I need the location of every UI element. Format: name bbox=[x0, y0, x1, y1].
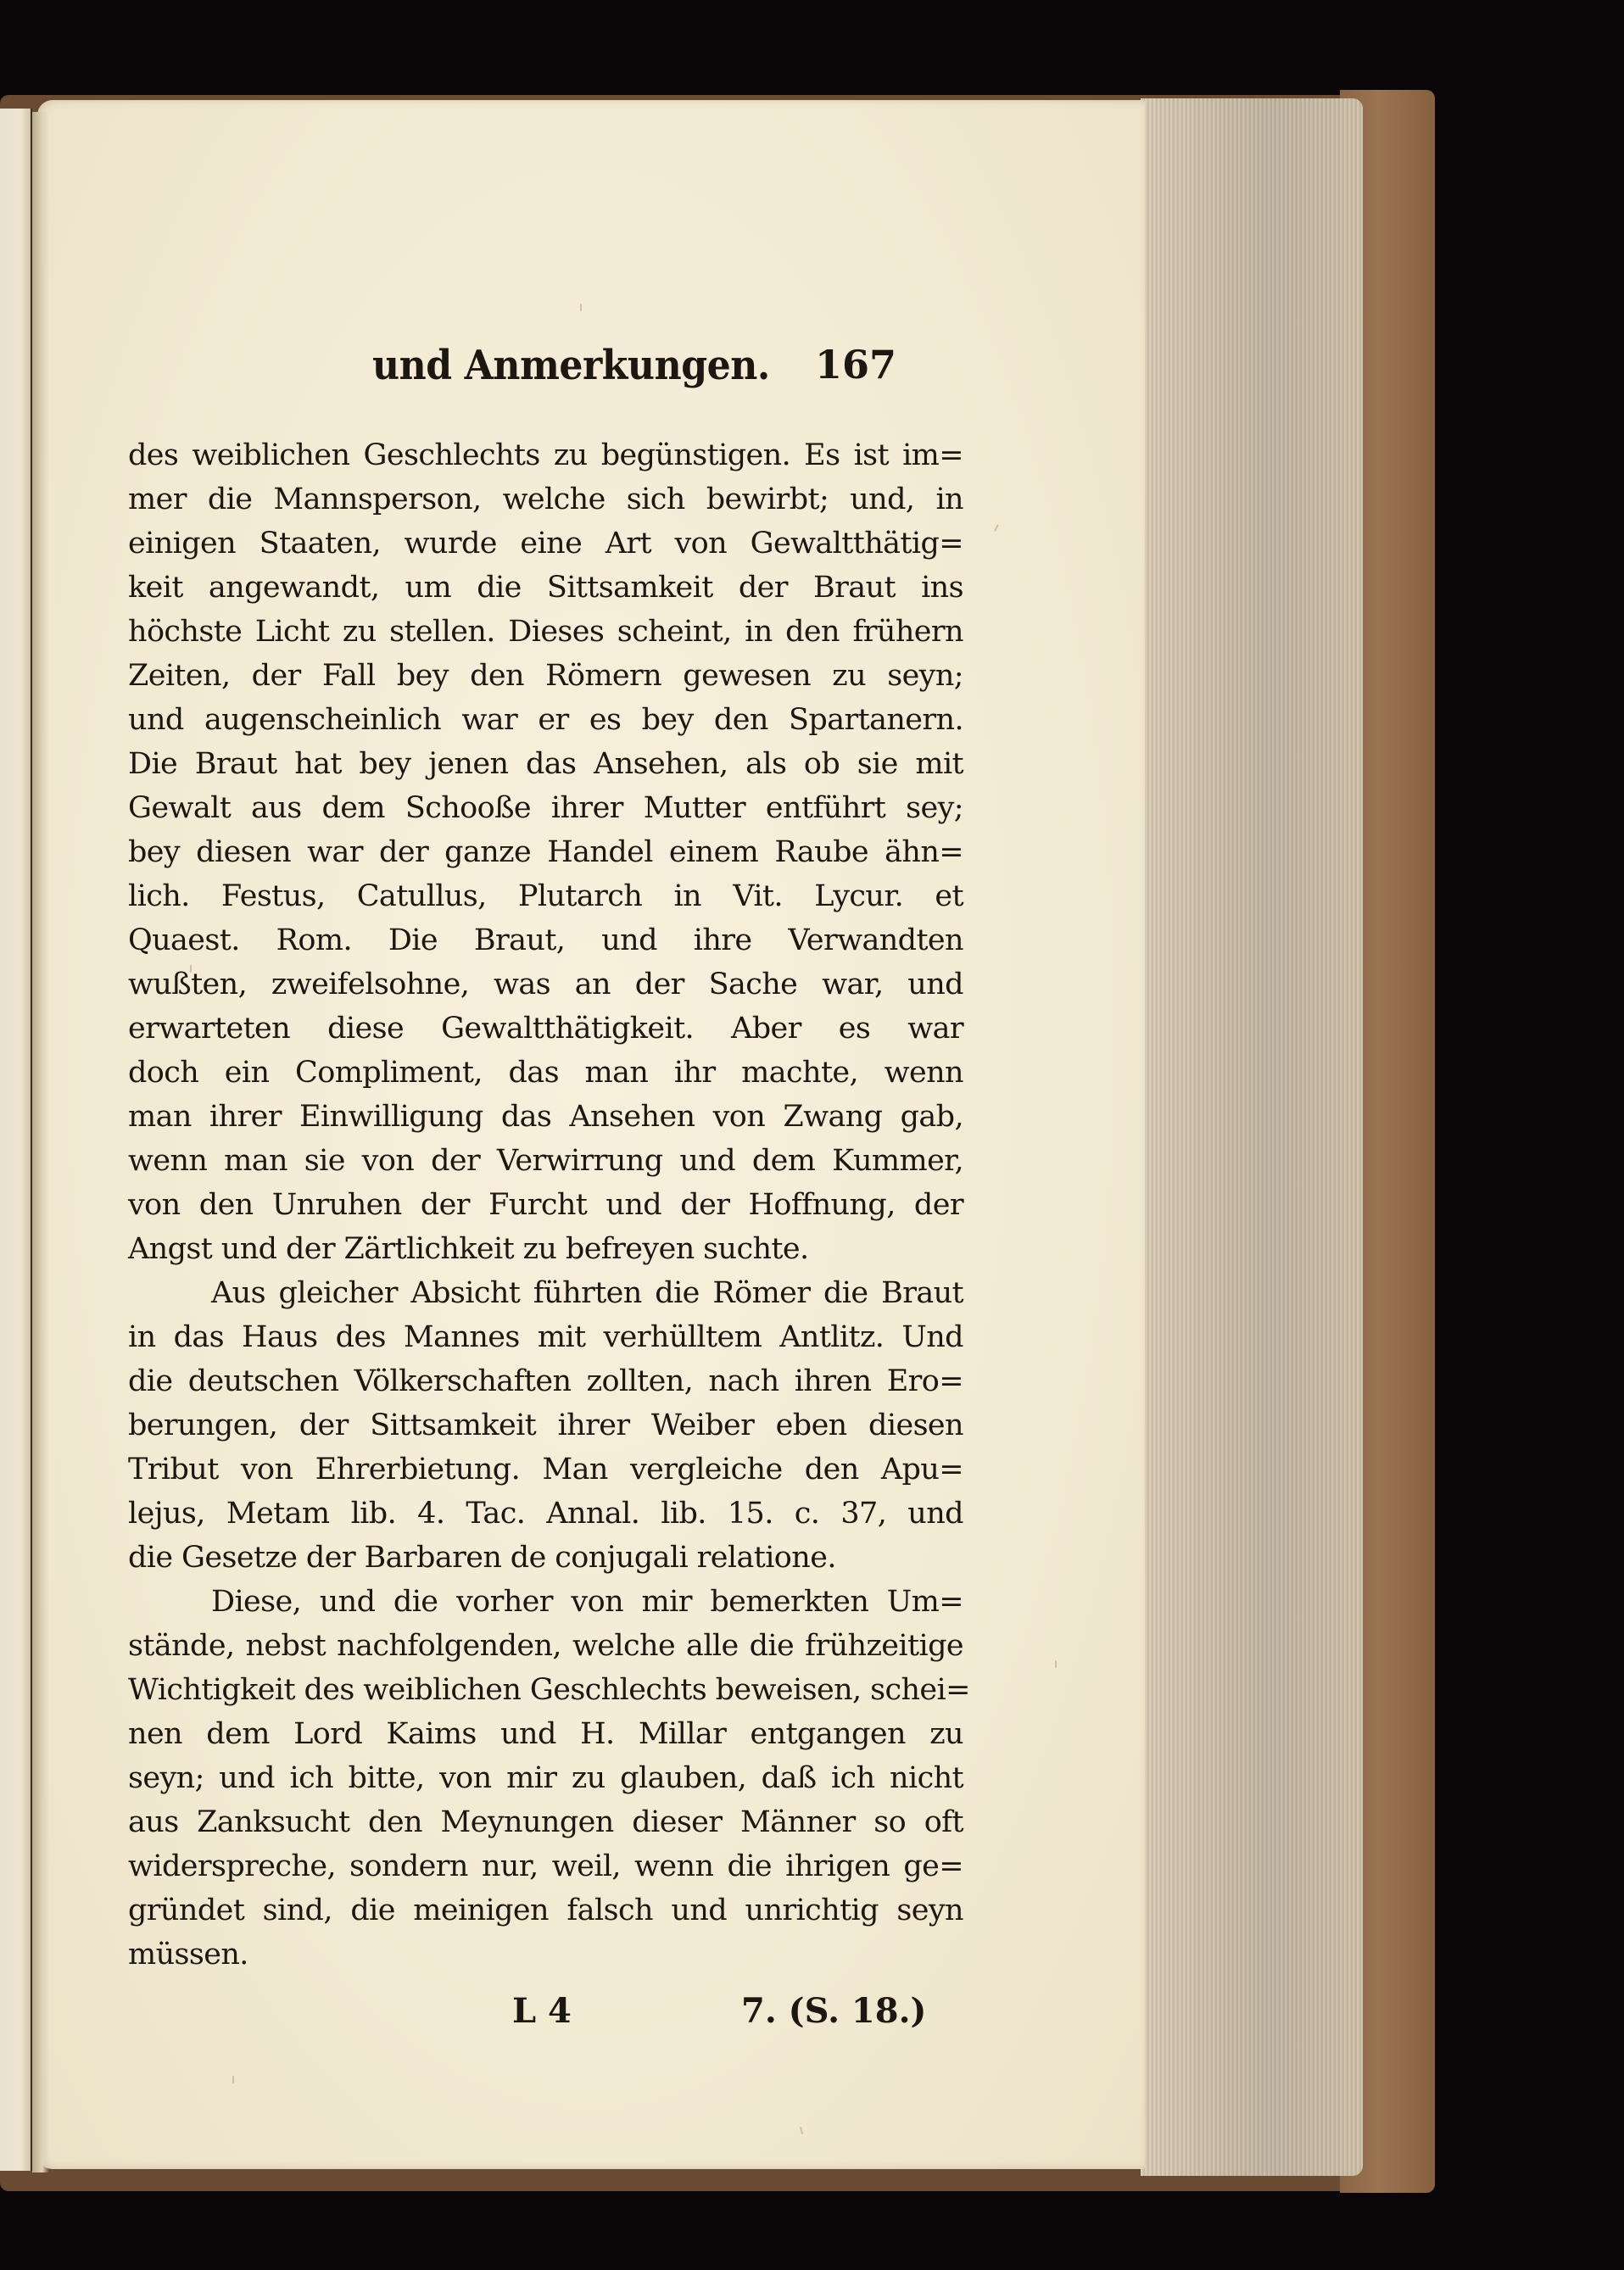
page-number: 167 bbox=[815, 342, 896, 388]
book-scan: und Anmerkungen. 167 des weiblichen Gesc… bbox=[0, 0, 1624, 2270]
paragraph-start: Aus gleicher Absicht führten die Römer d… bbox=[128, 1271, 963, 1315]
text-line: man ihrer Einwilligung das Ansehen von Z… bbox=[128, 1095, 963, 1139]
page-header: und Anmerkungen. 167 bbox=[372, 342, 966, 410]
text-line: gründet sind, die meinigen falsch und un… bbox=[128, 1888, 963, 1933]
text-line: und augenscheinlich war er es bey den Sp… bbox=[128, 698, 963, 742]
text-line: stände, nebst nachfolgenden, welche alle… bbox=[128, 1624, 963, 1668]
text-line: müssen. bbox=[128, 1933, 963, 1977]
text-line: keit angewandt, um die Sittsamkeit der B… bbox=[128, 566, 963, 610]
catchword-note: 7. (S. 18.) bbox=[741, 1991, 926, 2031]
paper-speck bbox=[800, 2127, 803, 2134]
text-line: wußten, zweifelsohne, was an der Sache w… bbox=[128, 962, 963, 1007]
paper-speck bbox=[232, 2076, 234, 2083]
page-edges bbox=[1141, 98, 1363, 2176]
text-line: Zeiten, der Fall bey den Römern gewesen … bbox=[128, 654, 963, 698]
text-line: die Gesetze der Barbaren de conjugali re… bbox=[128, 1536, 963, 1580]
body-text: des weiblichen Geschlechts zu begünstige… bbox=[128, 433, 963, 1977]
right-page: und Anmerkungen. 167 des weiblichen Gesc… bbox=[37, 100, 1145, 2169]
paper-speck bbox=[994, 524, 999, 532]
running-title: und Anmerkungen. bbox=[372, 342, 770, 389]
text-line: des weiblichen Geschlechts zu begünstige… bbox=[128, 433, 963, 477]
paragraph-start: Diese, und die vorher von mir bemerkten … bbox=[128, 1580, 963, 1624]
text-line: berungen, der Sittsamkeit ihrer Weiber e… bbox=[128, 1403, 963, 1447]
text-line: seyn; und ich bitte, von mir zu glauben,… bbox=[128, 1756, 963, 1800]
text-line: höchste Licht zu stellen. Dieses scheint… bbox=[128, 610, 963, 654]
text-line: einigen Staaten, wurde eine Art von Gewa… bbox=[128, 521, 963, 566]
text-line: die deutschen Völkerschaften zollten, na… bbox=[128, 1359, 963, 1403]
text-line: Wichtigkeit des weiblichen Geschlechts b… bbox=[128, 1668, 963, 1712]
text-line: in das Haus des Mannes mit verhülltem An… bbox=[128, 1315, 963, 1359]
text-line: Die Braut hat bey jenen das Ansehen, als… bbox=[128, 742, 963, 786]
text-line: mer die Mannsperson, welche sich bewirbt… bbox=[128, 477, 963, 521]
text-line: nen dem Lord Kaims und H. Millar entgang… bbox=[128, 1712, 963, 1756]
text-line: Quaest. Rom. Die Braut, und ihre Verwand… bbox=[128, 918, 963, 962]
text-line: widerspreche, sondern nur, weil, wenn di… bbox=[128, 1844, 963, 1888]
left-page-edge bbox=[0, 109, 32, 2171]
page-footer: L 4 7. (S. 18.) bbox=[37, 1991, 1145, 2042]
text-line: Tribut von Ehrerbietung. Man vergleiche … bbox=[128, 1447, 963, 1492]
gutter-shadow bbox=[32, 112, 49, 2172]
text-line: lich. Festus, Catullus, Plutarch in Vit.… bbox=[128, 874, 963, 918]
text-line: erwarteten diese Gewaltthätigkeit. Aber … bbox=[128, 1007, 963, 1051]
text-line: lejus, Metam lib. 4. Tac. Annal. lib. 15… bbox=[128, 1492, 963, 1536]
text-line: bey diesen war der ganze Handel einem Ra… bbox=[128, 830, 963, 874]
text-line: Gewalt aus dem Schooße ihrer Mutter entf… bbox=[128, 786, 963, 830]
paper-speck bbox=[580, 304, 582, 311]
text-line: doch ein Compliment, das man ihr machte,… bbox=[128, 1051, 963, 1095]
paper-speck bbox=[1055, 1660, 1057, 1668]
text-line: aus Zanksucht den Meynungen dieser Männe… bbox=[128, 1800, 963, 1844]
text-line: von den Unruhen der Furcht und der Hoffn… bbox=[128, 1183, 963, 1227]
signature-mark: L 4 bbox=[512, 1991, 572, 2031]
text-line: wenn man sie von der Verwirrung und dem … bbox=[128, 1139, 963, 1183]
text-line: Angst und der Zärtlichkeit zu befreyen s… bbox=[128, 1227, 963, 1271]
paper-speck bbox=[190, 965, 192, 973]
